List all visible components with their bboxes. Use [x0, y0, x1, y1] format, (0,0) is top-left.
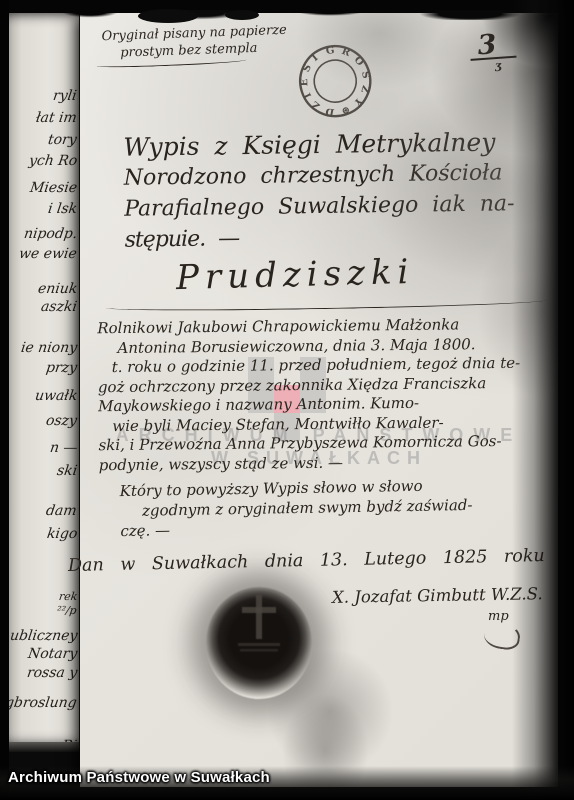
attestation-paragraph: Który to powyższy Wypis słowo w słowo zg… [120, 475, 473, 541]
margin-fragment: Bi [61, 738, 78, 754]
cross-icon [236, 593, 282, 653]
archive-caption: Archiwum Państwowe w Suwałkach [8, 769, 270, 786]
margin-fragment: uwałk [34, 388, 79, 404]
body-paragraph: Rolnikowi Jakubowi Chrapowickiemu Małżon… [97, 315, 521, 475]
place-heading-flourish [106, 295, 546, 313]
margin-fragment: aszki [40, 299, 78, 315]
margin-fragment: ie niony [20, 340, 78, 356]
place-heading: Prudziszki [176, 252, 415, 298]
previous-page-edge: ryli łat im tory ych Ro Miesie i lsk nip… [9, 10, 82, 748]
margin-fragment: gbroslung [4, 695, 78, 711]
margin-fragment: dam [45, 503, 78, 519]
margin-fragment: we ewie [18, 246, 78, 262]
document-heading: Wypis z Księgi Metrykalney Norodzono chr… [123, 126, 515, 255]
margin-fragment: ski [56, 463, 78, 479]
margin-fragment: n — [48, 440, 78, 456]
scan-edge-right [512, 0, 574, 800]
margin-fragment: ubliczney [9, 628, 79, 644]
scan-edge-top [0, 0, 574, 13]
church-seal [206, 587, 312, 699]
ink-blot [138, 9, 198, 23]
margin-fragment: ²²/p [57, 604, 78, 617]
margin-fragment: Notary [27, 646, 79, 662]
ink-blot [225, 10, 259, 20]
margin-fragment: ryli [52, 88, 78, 104]
margin-fragment: ych Ro [28, 153, 78, 169]
margin-fragment: nipodp. [23, 226, 79, 242]
margin-fragment: i lsk [47, 201, 78, 217]
margin-fragment: oszy [45, 413, 78, 429]
document-page: ARCHIWUM PAŃSTWOWE W SUWAŁKACH Oryginał … [80, 11, 558, 787]
margin-fragment: Miesie [29, 180, 78, 196]
svg-text:G R O S Z Y ⊛ D Z I E S I Ę Ć: G R O S Z Y ⊛ D Z I E S I Ę Ć ⊛ [285, 31, 381, 130]
margin-fragment: rossa y [26, 665, 78, 681]
dateline: Dan w Suwałkach dnia 13. Lutego 1825 rok… [68, 546, 545, 576]
revenue-stamp: G R O S Z Y ⊛ D Z I E S I Ę Ć ⊛ [285, 31, 387, 137]
margin-fragment: przy [45, 360, 78, 376]
margin-fragment: eniuk [37, 281, 79, 297]
margin-fragment: tory [47, 132, 78, 148]
clerk-annotation: Oryginał pisany na papierze prostym bez … [101, 22, 287, 68]
margin-fragment: kigo [46, 526, 79, 542]
margin-fragment: łat im [35, 110, 78, 126]
stamp-ring-text: G R O S Z Y ⊛ D Z I E S I Ę Ć ⊛ [285, 31, 381, 130]
margin-fragment: rek [58, 590, 78, 603]
scan-edge-left [0, 0, 9, 800]
archival-scan: ryli łat im tory ych Ro Miesie i lsk nip… [0, 0, 574, 800]
